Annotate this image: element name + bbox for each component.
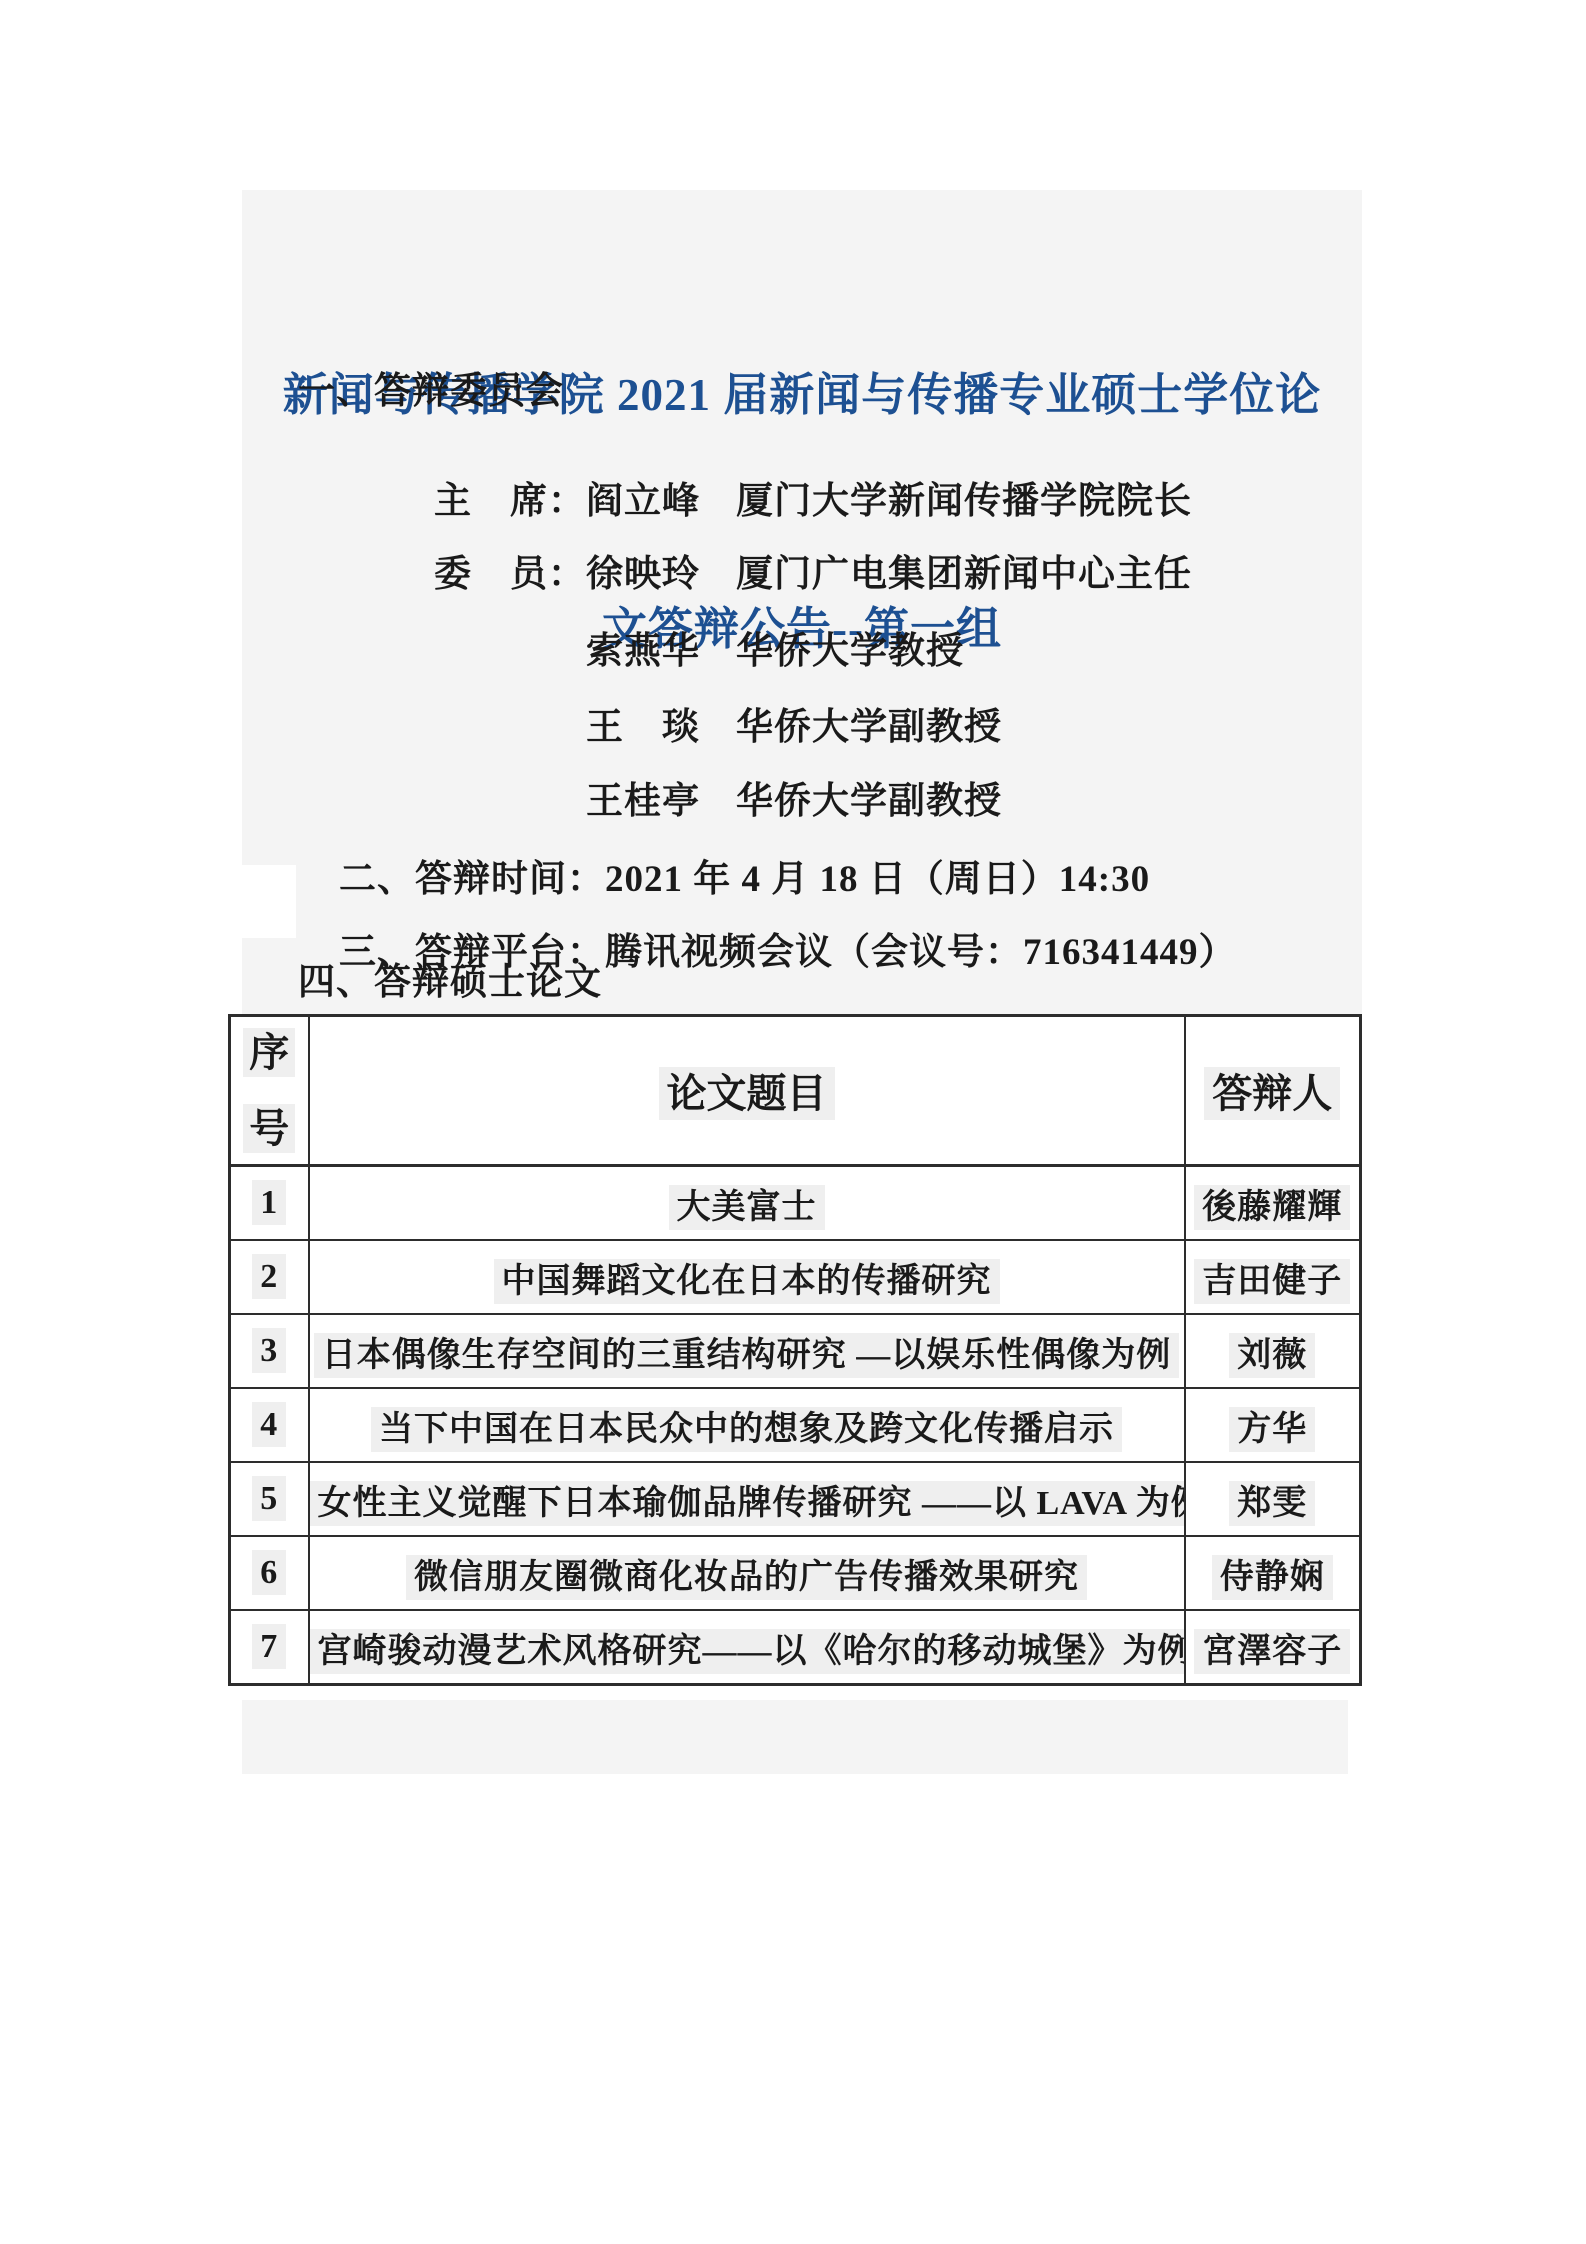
header-number-bottom: 号 (243, 1104, 295, 1153)
row-number: 6 (230, 1536, 309, 1610)
thesis-table: 序 号 论文题目 答辩人 1 大美富士 後藤耀輝 2 中国舞蹈文化在日本的传播研… (228, 1014, 1362, 1686)
table-row: 5 女性主义觉醒下日本瑜伽品牌传播研究 ——以 LAVA 为例 郑雯 (230, 1462, 1361, 1536)
committee-member-row: 索燕华华侨大学教授 (393, 589, 964, 631)
section-heading-committee: 一、答辩委员会 (298, 371, 564, 413)
defender-name: 方华 (1185, 1388, 1361, 1462)
header-cell-thesis-title: 论文题目 (309, 1016, 1185, 1166)
committee-member-row: 委 员：徐映玲厦门广电集团新闻中心主任 (393, 512, 1192, 554)
table-row: 2 中国舞蹈文化在日本的传播研究 吉田健子 (230, 1240, 1361, 1314)
document-page: 新闻与传播学院 2021 届新闻与传播专业硕士学位论 文答辩公告--第一组 一、… (0, 0, 1586, 2244)
member-affiliation: 华侨大学副教授 (736, 781, 1002, 822)
defender-name: 侍静娴 (1185, 1536, 1361, 1610)
thesis-title: 宫崎骏动漫艺术风格研究——以《哈尔的移动城堡》为例 (309, 1610, 1185, 1685)
section-time: 二、答辩时间：2021 年 4 月 18 日（周日）14:30 (298, 817, 1150, 859)
thesis-title: 中国舞蹈文化在日本的传播研究 (309, 1240, 1185, 1314)
header-cell-defender: 答辩人 (1185, 1016, 1361, 1166)
defender-name: 刘薇 (1185, 1314, 1361, 1388)
section-heading-thesis-list: 四、答辩硕士论文 (298, 962, 602, 1004)
row-number: 3 (230, 1314, 309, 1388)
row-number: 7 (230, 1610, 309, 1685)
table-row: 6 微信朋友圈微商化妆品的广告传播效果研究 侍静娴 (230, 1536, 1361, 1610)
header-cell-number: 序 号 (230, 1016, 309, 1166)
committee-member-row: 王桂亭华侨大学副教授 (393, 739, 1002, 781)
row-number: 2 (230, 1240, 309, 1314)
thesis-title: 日本偶像生存空间的三重结构研究 —以娱乐性偶像为例 (309, 1314, 1185, 1388)
defender-name: 郑雯 (1185, 1462, 1361, 1536)
table-row: 4 当下中国在日本民众中的想象及跨文化传播启示 方华 (230, 1388, 1361, 1462)
committee-member-row: 王 琰华侨大学副教授 (393, 665, 1002, 707)
table-header-row: 序 号 论文题目 答辩人 (230, 1016, 1361, 1166)
table-row: 7 宫崎骏动漫艺术风格研究——以《哈尔的移动城堡》为例 宮澤容子 (230, 1610, 1361, 1685)
trailing-paragraph-shading (242, 1700, 1348, 1774)
committee-member-row: 主 席：阎立峰厦门大学新闻传播学院院长 (393, 439, 1192, 481)
row-number: 5 (230, 1462, 309, 1536)
row-number: 4 (230, 1388, 309, 1462)
thesis-title: 当下中国在日本民众中的想象及跨文化传播启示 (309, 1388, 1185, 1462)
section-platform: 三、答辩平台：腾讯视频会议（会议号：716341449） (298, 890, 1237, 932)
row-number: 1 (230, 1166, 309, 1241)
header-number-top: 序 (243, 1028, 295, 1077)
thesis-title: 女性主义觉醒下日本瑜伽品牌传播研究 ——以 LAVA 为例 (309, 1462, 1185, 1536)
defender-name: 吉田健子 (1185, 1240, 1361, 1314)
defender-name: 後藤耀輝 (1185, 1166, 1361, 1241)
background-notch (242, 865, 296, 938)
thesis-title: 微信朋友圈微商化妆品的广告传播效果研究 (309, 1536, 1185, 1610)
table-row: 3 日本偶像生存空间的三重结构研究 —以娱乐性偶像为例 刘薇 (230, 1314, 1361, 1388)
section-platform-value: 腾讯视频会议（会议号：716341449） (605, 932, 1237, 973)
thesis-title: 大美富士 (309, 1166, 1185, 1241)
table-row: 1 大美富士 後藤耀輝 (230, 1166, 1361, 1241)
defender-name: 宮澤容子 (1185, 1610, 1361, 1685)
